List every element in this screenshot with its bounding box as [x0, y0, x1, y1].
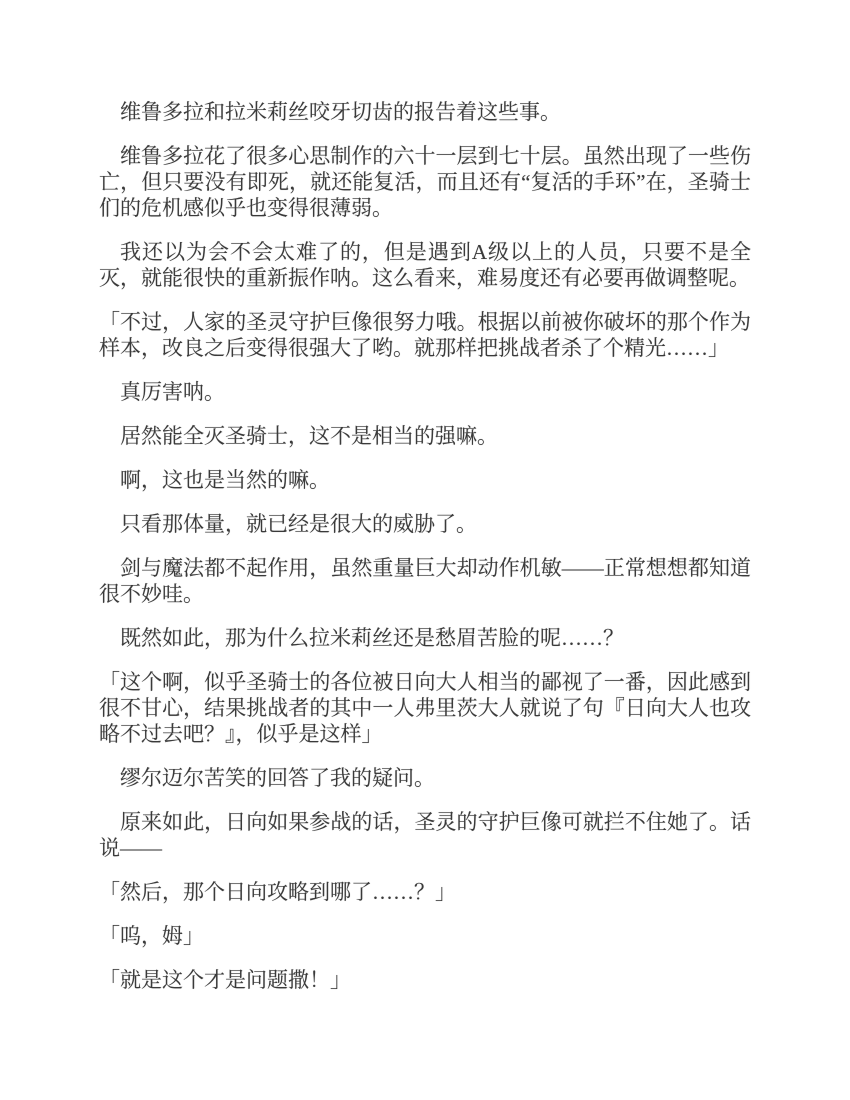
paragraph: 既然如此，那为什么拉米莉丝还是愁眉苦脸的呢……？	[99, 625, 751, 651]
paragraph: 「这个啊，似乎圣骑士的各位被日向大人相当的鄙视了一番，因此感到很不甘心，结果挑战…	[99, 669, 751, 747]
paragraph: 维鲁多拉花了很多心思制作的六十一层到七十层。虽然出现了一些伤亡，但只要没有即死，…	[99, 143, 751, 221]
paragraph: 「然后，那个日向攻略到哪了……？」	[99, 879, 751, 905]
paragraph: 原来如此，日向如果参战的话，圣灵的守护巨像可就拦不住她了。话说——	[99, 809, 751, 861]
paragraph: 「呜，姆」	[99, 923, 751, 949]
paragraph: 剑与魔法都不起作用，虽然重量巨大却动作机敏——正常想想都知道很不妙哇。	[99, 555, 751, 607]
paragraph: 真厉害呐。	[99, 379, 751, 405]
novel-page: 维鲁多拉和拉米莉丝咬牙切齿的报告着这些事。维鲁多拉花了很多心思制作的六十一层到七…	[0, 0, 850, 1100]
paragraph: 只看那体量，就已经是很大的威胁了。	[99, 511, 751, 537]
paragraph: 啊，这也是当然的嘛。	[99, 467, 751, 493]
novel-text-block: 维鲁多拉和拉米莉丝咬牙切齿的报告着这些事。维鲁多拉花了很多心思制作的六十一层到七…	[99, 99, 751, 993]
paragraph: 「就是这个才是问题撒！」	[99, 967, 751, 993]
paragraph: 居然能全灭圣骑士，这不是相当的强嘛。	[99, 423, 751, 449]
paragraph: 我还以为会不会太难了的，但是遇到A级以上的人员，只要不是全灭，就能很快的重新振作…	[99, 239, 751, 291]
paragraph: 缪尔迈尔苦笑的回答了我的疑问。	[99, 765, 751, 791]
paragraph: 维鲁多拉和拉米莉丝咬牙切齿的报告着这些事。	[99, 99, 751, 125]
paragraph: 「不过，人家的圣灵守护巨像很努力哦。根据以前被你破坏的那个作为样本，改良之后变得…	[99, 309, 751, 361]
